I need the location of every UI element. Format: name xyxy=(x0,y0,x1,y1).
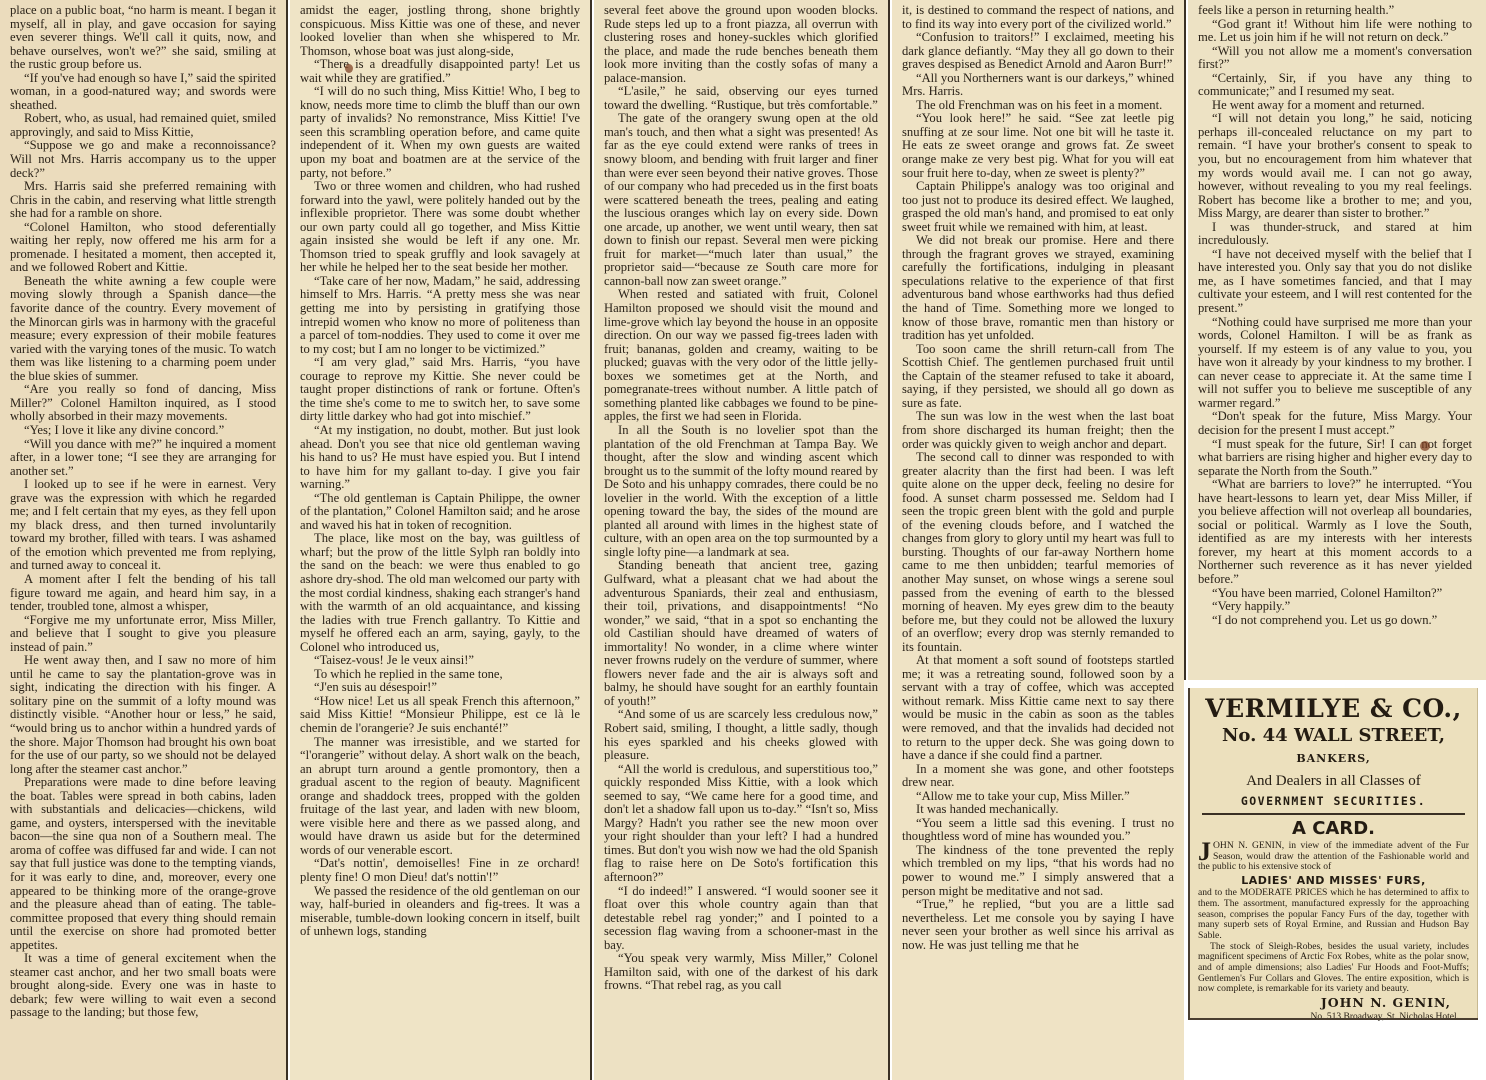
paragraph: “I have not deceived myself with the bel… xyxy=(1198,248,1472,316)
paragraph: We passed the residence of the old gentl… xyxy=(300,885,580,939)
column-4: it, is destined to command the respect o… xyxy=(892,0,1184,1080)
paragraph: It was handed mechanically. xyxy=(902,803,1174,817)
paragraph: feels like a person in returning health.… xyxy=(1198,4,1472,18)
ad-firm-name: VERMILYE & CO., xyxy=(1198,694,1469,724)
paragraph: The old Frenchman was on his feet in a m… xyxy=(902,99,1174,113)
ad-securities: GOVERNMENT SECURITIES. xyxy=(1202,792,1465,815)
ad-body-1: and to the MODERATE PRICES which he has … xyxy=(1198,888,1469,942)
paper-stain xyxy=(345,64,353,73)
ad-bottom-rule xyxy=(1188,1018,1478,1020)
paragraph: “Allow me to take your cup, Miss Miller.… xyxy=(902,790,1174,804)
paragraph: “I am very glad,” said Mrs. Harris, “you… xyxy=(300,356,580,424)
paragraph: To which he replied in the same tone, xyxy=(300,668,580,682)
ad-furs-heading: LADIES' AND MISSES' FURS, xyxy=(1198,873,1469,888)
paragraph: several feet above the ground upon woode… xyxy=(604,4,878,85)
paragraph: “I must speak for the future, Sir! I can… xyxy=(1198,438,1472,479)
paragraph: “J'en suis au désespoir!” xyxy=(300,681,580,695)
paragraph: “How nice! Let us all speak French this … xyxy=(300,695,580,736)
ad-body-2: The stock of Sleigh-Robes, besides the u… xyxy=(1198,942,1469,996)
paragraph: Mrs. Harris said she preferred remaining… xyxy=(10,180,276,221)
paragraph: “I do not comprehend you. Let us go down… xyxy=(1198,614,1472,628)
paragraph: “All the world is credulous, and superst… xyxy=(604,763,878,885)
paragraph: The place, like most on the bay, was gui… xyxy=(300,532,580,654)
column-rule xyxy=(286,0,288,1080)
column-2: amidst the eager, jostling throng, shone… xyxy=(290,0,590,1080)
paragraph: Too soon came the shrill return-call fro… xyxy=(902,343,1174,411)
paragraph: The manner was irresistible, and we star… xyxy=(300,736,580,858)
paragraph: “Dat's nottin', demoiselles! Fine in ze … xyxy=(300,857,580,884)
paragraph: “Are you really so fond of dancing, Miss… xyxy=(10,383,276,424)
paragraph: “Yes; I love it like any divine concord.… xyxy=(10,424,276,438)
paragraph: When rested and satiated with fruit, Col… xyxy=(604,288,878,423)
paragraph: “God grant it! Without him life were not… xyxy=(1198,18,1472,45)
paragraph: “I will not detain you long,” he said, n… xyxy=(1198,112,1472,220)
ad-address: No. 44 WALL STREET, xyxy=(1198,724,1469,748)
ad-business: BANKERS, xyxy=(1198,748,1469,770)
paragraph: I was thunder-struck, and stared at him … xyxy=(1198,221,1472,248)
paragraph: “Taisez-vous! Je le veux ainsi!” xyxy=(300,654,580,668)
paragraph: “You speak very warmly, Miss Miller,” Co… xyxy=(604,952,878,993)
paragraph: “Take care of her now, Madam,” he said, … xyxy=(300,275,580,356)
paper-stain xyxy=(1420,441,1430,451)
paragraph: Standing beneath that ancient tree, gazi… xyxy=(604,559,878,708)
ad-dropcap: J xyxy=(1198,842,1211,862)
paragraph: “L'asile,” he said, observing our eyes t… xyxy=(604,85,878,112)
column-5: feels like a person in returning health.… xyxy=(1188,0,1486,680)
paragraph: Preparations were made to dine before le… xyxy=(10,776,276,952)
paragraph: The sun was low in the west when the las… xyxy=(902,410,1174,451)
paragraph: We did not break our promise. Here and t… xyxy=(902,234,1174,342)
ad-signature: JOHN N. GENIN, xyxy=(1198,995,1451,1011)
paragraph: A moment after I felt the bending of his… xyxy=(10,573,276,614)
column-rule xyxy=(1184,0,1186,680)
paragraph: amidst the eager, jostling throng, shone… xyxy=(300,4,580,58)
paragraph: In all the South is no lovelier spot tha… xyxy=(604,424,878,559)
paragraph: “There is a dreadfully disappointed part… xyxy=(300,58,580,85)
paragraph: “You seem a little sad this evening. I t… xyxy=(902,817,1174,844)
paragraph: “The old gentleman is Captain Philippe, … xyxy=(300,492,580,533)
paragraph: It was a time of general excitement when… xyxy=(10,952,276,1020)
paragraph: He went away for a moment and returned. xyxy=(1198,99,1472,113)
paragraph: “At my instigation, no doubt, mother. Bu… xyxy=(300,424,580,492)
paragraph: I looked up to see if he were in earnest… xyxy=(10,478,276,573)
paragraph: Beneath the white awning a few couple we… xyxy=(10,275,276,383)
paragraph: He went away then, and I saw no more of … xyxy=(10,654,276,776)
paragraph: Two or three women and children, who had… xyxy=(300,180,580,275)
paragraph: At that moment a soft sound of footsteps… xyxy=(902,654,1174,762)
column-1: place on a public boat, “no harm is mean… xyxy=(0,0,286,1080)
paragraph: “If you've had enough so have I,” said t… xyxy=(10,72,276,113)
paragraph: “Confusion to traitors!” I exclaimed, me… xyxy=(902,31,1174,72)
ad-intro: JOHN N. GENIN, in view of the immediate … xyxy=(1198,841,1469,873)
newspaper-page: place on a public boat, “no harm is mean… xyxy=(0,0,1486,1080)
paragraph: The kindness of the tone prevented the r… xyxy=(902,844,1174,898)
paragraph: “Nothing could have surprised me more th… xyxy=(1198,316,1472,411)
paragraph: “You look here!” he said. “See zat leetl… xyxy=(902,112,1174,180)
paragraph: “True,” he replied, “but you are a littl… xyxy=(902,898,1174,952)
column-3: several feet above the ground upon woode… xyxy=(594,0,888,1080)
paragraph: “All you Northerners want is our darkeys… xyxy=(902,72,1174,99)
paragraph: “Suppose we go and make a reconnoissance… xyxy=(10,139,276,180)
ad-card-heading: A CARD. xyxy=(1198,817,1469,841)
paragraph: The gate of the orangery swung open at t… xyxy=(604,112,878,288)
paragraph: “Forgive me my unfortunate error, Miss M… xyxy=(10,614,276,655)
paragraph: The second call to dinner was responded … xyxy=(902,451,1174,654)
paragraph: “Will you not allow me a moment's conver… xyxy=(1198,45,1472,72)
paragraph: Robert, who, as usual, had remained quie… xyxy=(10,112,276,139)
ad-intro-text: OHN N. GENIN, in view of the immediate a… xyxy=(1198,840,1469,872)
paragraph: “I do indeed!” I answered. “I would soon… xyxy=(604,885,878,953)
paragraph: “You have been married, Colonel Hamilton… xyxy=(1198,587,1472,601)
paragraph: “Will you dance with me?” he inquired a … xyxy=(10,438,276,479)
paragraph: “Certainly, Sir, if you have any thing t… xyxy=(1198,72,1472,99)
paragraph: “Colonel Hamilton, who stood deferential… xyxy=(10,221,276,275)
column-rule xyxy=(888,0,890,1080)
paragraph: “I will do no such thing, Miss Kittie! W… xyxy=(300,85,580,180)
paragraph: “Don't speak for the future, Miss Margy.… xyxy=(1198,410,1472,437)
paragraph: place on a public boat, “no harm is mean… xyxy=(10,4,276,72)
paragraph: “And some of us are scarcely less credul… xyxy=(604,708,878,762)
ad-dealers-line: And Dealers in all Classes of xyxy=(1198,770,1469,792)
column-rule xyxy=(590,0,592,1080)
paragraph: “What are barriers to love?” he interrup… xyxy=(1198,478,1472,586)
paragraph: it, is destined to command the respect o… xyxy=(902,4,1174,31)
paragraph: Captain Philippe's analogy was too origi… xyxy=(902,180,1174,234)
paragraph: In a moment she was gone, and other foot… xyxy=(902,763,1174,790)
paragraph: “Very happily.” xyxy=(1198,600,1472,614)
advertisement-box: VERMILYE & CO., No. 44 WALL STREET, BANK… xyxy=(1188,688,1478,1018)
